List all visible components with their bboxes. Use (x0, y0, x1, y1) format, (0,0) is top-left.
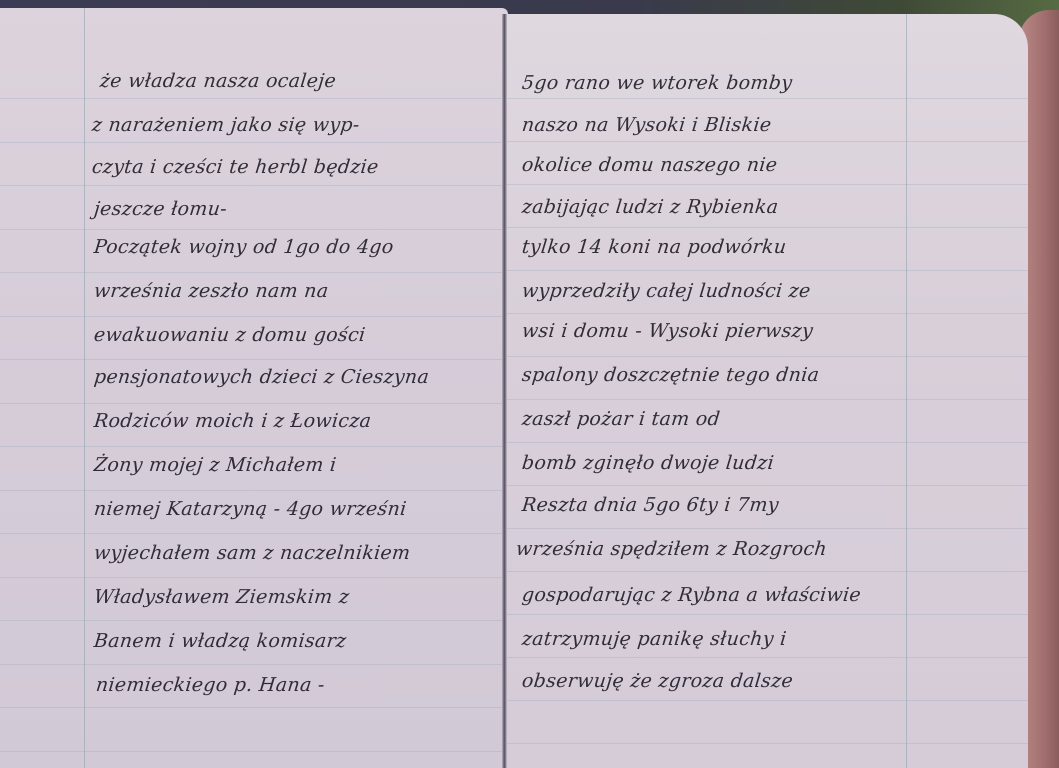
handwritten-line: Rodziców moich i z Łowicza (93, 410, 373, 432)
handwritten-line: wsi i domu - Wysoki pierwszy (521, 320, 814, 342)
ruled-line (506, 657, 1028, 658)
handwritten-line: Władysławem Ziemskim z (93, 586, 351, 608)
ruled-line (506, 528, 1028, 529)
handwritten-line: niemej Katarzyną - 4go wrześni (93, 498, 408, 520)
handwritten-line: zabijając ludzi z Rybienka (521, 196, 780, 218)
handwritten-line: okolice domu naszego nie (521, 154, 779, 176)
left-page: że władza nasza ocaleje z narażeniem jak… (0, 8, 508, 768)
ruled-line (0, 707, 508, 708)
handwritten-line: czyta i cześci te herbl będzie (91, 156, 380, 178)
ruled-line (0, 185, 508, 186)
ruled-line (0, 533, 508, 534)
handwritten-line: gospodarując z Rybna a właściwie (521, 584, 862, 606)
ruled-line (0, 577, 508, 578)
ruled-line (0, 316, 508, 317)
ruled-line (0, 490, 508, 491)
handwritten-line: zatrzymuję panikę słuchy i (521, 628, 788, 650)
handwritten-line: bomb zginęło dwoje ludzi (521, 452, 775, 474)
ruled-line (506, 700, 1028, 701)
handwritten-line: wyprzedziły całej ludności ze (521, 280, 812, 302)
ruled-line (506, 442, 1028, 443)
handwritten-line: zaszł pożar i tam od (521, 408, 721, 430)
ruled-line (0, 142, 508, 143)
ruled-line (0, 751, 508, 752)
ruled-line (506, 184, 1028, 185)
ruled-line (506, 485, 1028, 486)
ruled-line (0, 664, 508, 665)
ruled-line (0, 403, 508, 404)
ruled-line (506, 614, 1028, 615)
ruled-line (506, 227, 1028, 228)
ruled-line (0, 620, 508, 621)
ruled-line (0, 229, 508, 230)
handwritten-line: pensjonatowych dzieci z Cieszyna (93, 366, 430, 388)
handwritten-line: z narażeniem jako się wyp- (91, 114, 361, 136)
handwritten-line: obserwuję że zgroza dalsze (521, 670, 794, 692)
handwritten-line: września spędziłem z Rozgroch (515, 538, 828, 560)
ruled-line (506, 743, 1028, 744)
handwritten-line: spalony doszczętnie tego dnia (521, 364, 821, 386)
handwritten-line: jeszcze łomu- (93, 198, 228, 220)
ruled-line (0, 359, 508, 360)
right-page: 5go rano we wtorek bomby naszo na Wysoki… (506, 14, 1028, 768)
ruled-line (0, 446, 508, 447)
ruled-line (506, 141, 1028, 142)
handwritten-line: że władza nasza ocaleje (99, 70, 337, 92)
handwritten-line: naszo na Wysoki i Bliskie (521, 114, 773, 136)
left-page-margin-line (84, 8, 85, 768)
notebook-photo-scene: że władza nasza ocaleje z narażeniem jak… (0, 0, 1059, 768)
right-page-margin-line (906, 14, 907, 768)
handwritten-line: niemieckiego p. Hana - (95, 674, 326, 696)
ruled-line (506, 270, 1028, 271)
handwritten-line: 5go rano we wtorek bomby (521, 72, 794, 94)
ruled-line (506, 571, 1028, 572)
handwritten-line: września zeszło nam na (93, 280, 330, 302)
ruled-line (506, 313, 1028, 314)
handwritten-line: tylko 14 koni na podwórku (521, 236, 788, 258)
ruled-line (506, 98, 1028, 99)
handwritten-line: Żony mojej z Michałem i (93, 454, 338, 476)
handwritten-line: Banem i władzą komisarz (93, 630, 348, 652)
handwritten-line: ewakuowaniu z domu gości (93, 324, 367, 346)
handwritten-line: wyjechałem sam z naczelnikiem (93, 542, 412, 564)
handwritten-line: Początek wojny od 1go do 4go (93, 236, 395, 258)
ruled-line (0, 98, 508, 99)
handwritten-line: Reszta dnia 5go 6ty i 7my (521, 494, 780, 516)
ruled-line (506, 356, 1028, 357)
ruled-line (506, 399, 1028, 400)
ruled-line (0, 272, 508, 273)
notebook-gutter (502, 14, 507, 768)
